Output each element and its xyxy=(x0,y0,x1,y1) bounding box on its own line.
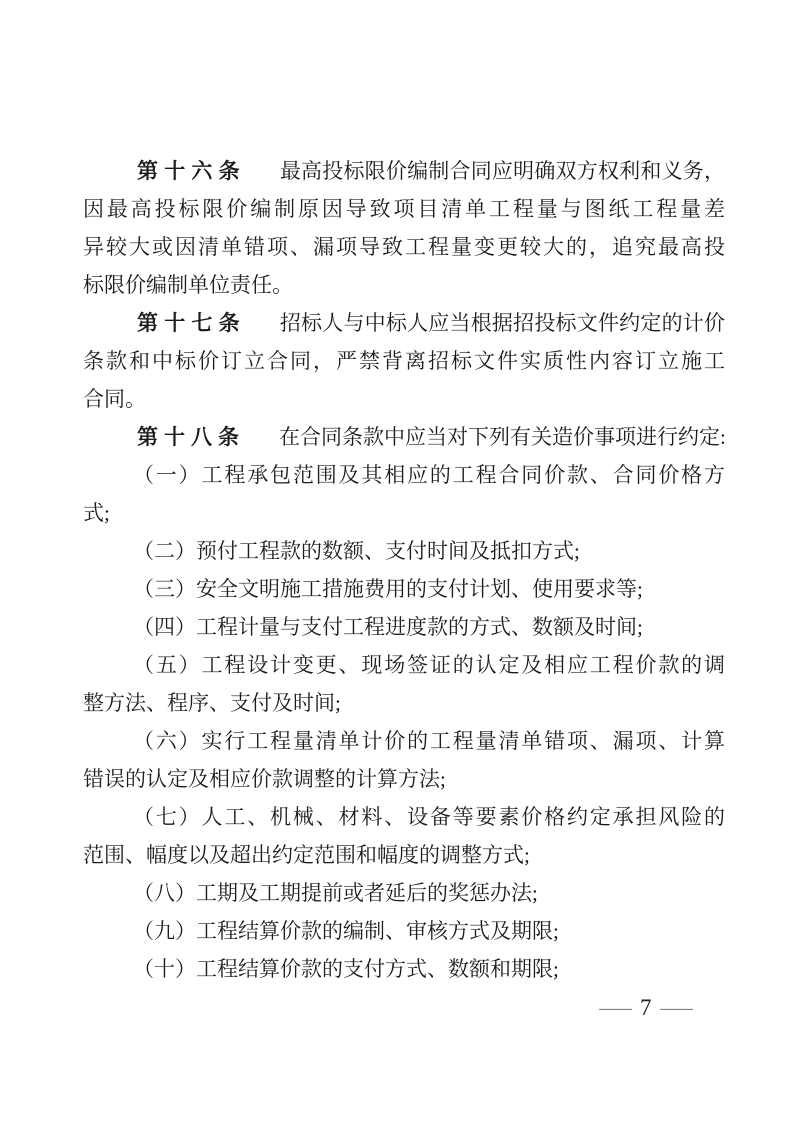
document-body: 第十六条最高投标限价编制合同应明确双方权利和义务， 因最高投标限价编制原因导致项… xyxy=(83,152,725,988)
item-4-line: （四）工程计量与支付工程进度款的方式、数额及时间; xyxy=(83,608,725,646)
page-number: — 7 — xyxy=(604,995,688,1021)
item-3-line: （三）安全文明施工措施费用的支付计划、使用要求等; xyxy=(83,570,725,608)
page-number-value: 7 xyxy=(640,995,652,1021)
page-number-left-dash: — xyxy=(599,995,631,1021)
article-16-line: 因最高投标限价编制原因导致项目清单工程量与图纸工程量差 xyxy=(83,190,725,228)
item-6-line: （六）实行工程量清单计价的工程量清单错项、漏项、计算 xyxy=(83,722,725,760)
page-number-right-dash: — xyxy=(660,995,692,1021)
item-10-line: （十）工程结算价款的支付方式、数额和期限; xyxy=(83,950,725,988)
article-18-text: 在合同条款中应当对下列有关造价事项进行约定: xyxy=(279,425,726,449)
item-7-line: （七）人工、机械、材料、设备等要素价格约定承担风险的 xyxy=(83,798,725,836)
item-1-line: （一）工程承包范围及其相应的工程合同价款、合同价格方 xyxy=(83,456,725,494)
item-1-line: 式; xyxy=(83,494,725,532)
article-16-text: 最高投标限价编制合同应明确双方权利和义务， xyxy=(280,159,725,183)
article-17-line: 条款和中标价订立合同，严禁背离招标文件实质性内容订立施工 xyxy=(83,342,725,380)
item-9-line: （九）工程结算价款的编制、审核方式及期限; xyxy=(83,912,725,950)
item-2-line: （二）预付工程款的数额、支付时间及抵扣方式; xyxy=(83,532,725,570)
article-18-number: 第十八条 xyxy=(137,425,245,449)
article-16-line: 异较大或因清单错项、漏项导致工程量变更较大的，追究最高投 xyxy=(83,228,725,266)
item-6-line: 错误的认定及相应价款调整的计算方法; xyxy=(83,760,725,798)
document-page: 第十六条最高投标限价编制合同应明确双方权利和义务， 因最高投标限价编制原因导致项… xyxy=(0,0,793,1122)
item-8-line: （八）工期及工期提前或者延后的奖惩办法; xyxy=(83,874,725,912)
item-5-line: （五）工程设计变更、现场签证的认定及相应工程价款的调 xyxy=(83,646,725,684)
article-16-line: 第十六条最高投标限价编制合同应明确双方权利和义务， xyxy=(83,152,725,190)
article-17-line: 第十七条招标人与中标人应当根据招投标文件约定的计价 xyxy=(83,304,725,342)
item-7-line: 范围、幅度以及超出约定范围和幅度的调整方式; xyxy=(83,836,725,874)
article-17-text: 招标人与中标人应当根据招投标文件约定的计价 xyxy=(280,311,725,335)
article-16-number: 第十六条 xyxy=(137,159,246,183)
article-17-line: 合同。 xyxy=(83,380,725,418)
article-16-line: 标限价编制单位责任。 xyxy=(83,266,725,304)
item-5-line: 整方法、程序、支付及时间; xyxy=(83,684,725,722)
article-17-number: 第十七条 xyxy=(137,311,246,335)
article-18-line: 第十八条在合同条款中应当对下列有关造价事项进行约定: xyxy=(83,418,725,456)
